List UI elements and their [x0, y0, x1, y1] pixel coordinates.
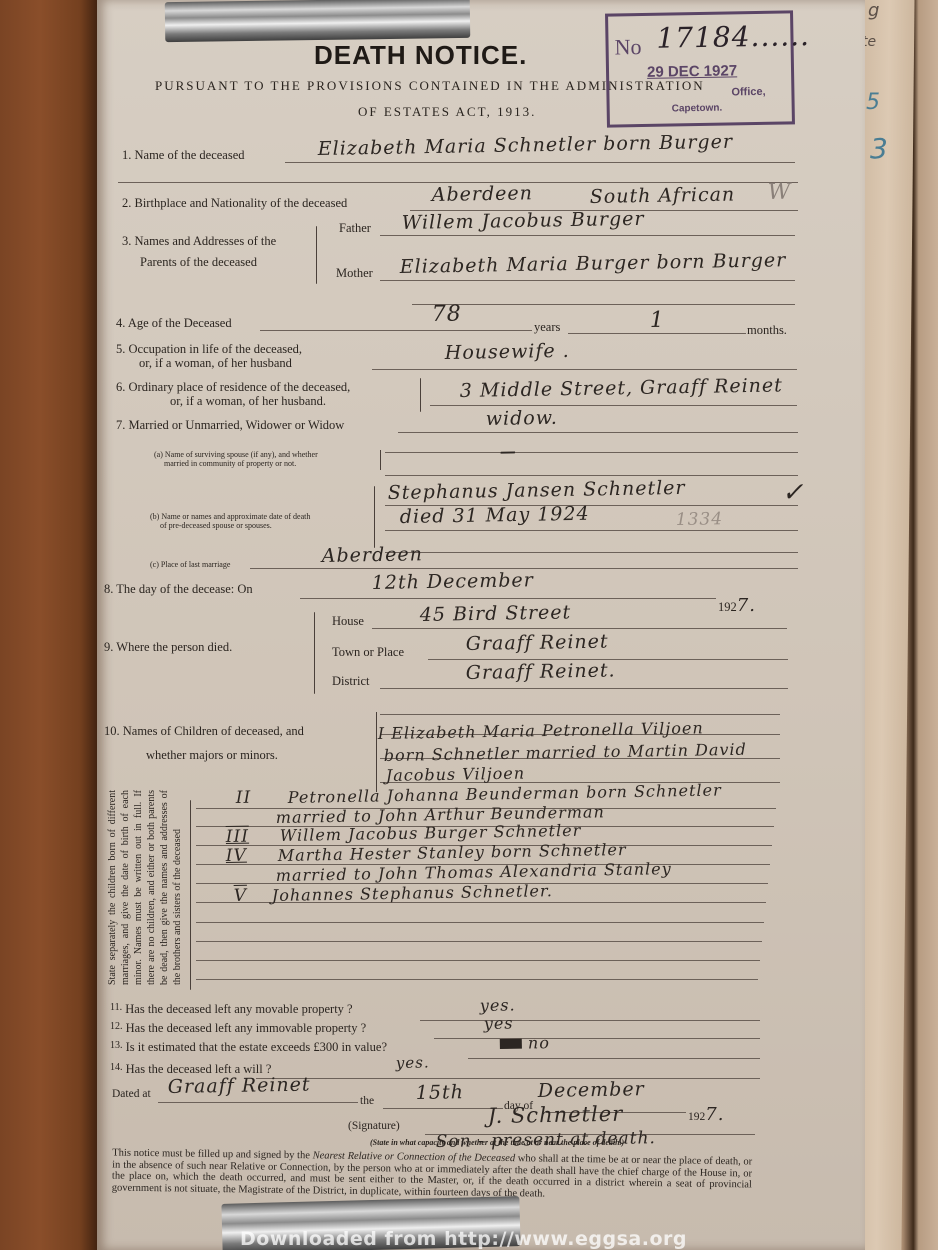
field-12-label: 12. Has the deceased left any immovable …: [110, 1021, 366, 1036]
father-value: Willem Jacobus Burger: [402, 208, 645, 234]
rule: [372, 369, 797, 370]
field-4-label: 4. Age of the Deceased: [116, 316, 232, 331]
dated-year: 1927.: [688, 1104, 724, 1125]
date-of-death-value: 12th December: [372, 569, 534, 594]
metal-clip-top: [165, 0, 471, 42]
immovable-property-value: yes: [484, 1013, 514, 1033]
rule: [196, 979, 758, 980]
rule: [380, 714, 780, 715]
years-label: years: [534, 320, 560, 335]
rule: [385, 452, 798, 453]
movable-property-value: yes.: [480, 995, 516, 1015]
stamp-number: 17184......: [656, 19, 810, 55]
district-label: District: [332, 674, 370, 689]
predeceased-spouse-death: died 31 May 1924: [400, 503, 590, 528]
marital-status-value: widow.: [486, 407, 558, 430]
footer-instructions: This notice must be filled up and signed…: [112, 1148, 753, 1203]
rule: [434, 1038, 760, 1039]
field-10-label-2: whether majors or minors.: [146, 748, 278, 763]
strip-note: g: [868, 0, 879, 21]
rule: [380, 688, 788, 689]
rule: [412, 304, 795, 305]
field-7c-label: (c) Place of last marriage: [150, 560, 230, 569]
rule: [256, 1078, 760, 1079]
field-5-label: 5. Occupation in life of the deceased,: [116, 342, 302, 357]
child-4-numeral: IV: [226, 846, 247, 866]
rule: [420, 1020, 760, 1021]
field-3-label: 3. Names and Addresses of the: [122, 234, 276, 249]
town-value: Graaff Reinet: [466, 631, 609, 655]
field-2-nationality: South African: [590, 183, 736, 208]
rule: [285, 162, 795, 163]
children-instruction: State separately the children born of di…: [106, 790, 191, 985]
rule: [196, 960, 760, 961]
stamp-date: 29 DEC 1927: [647, 62, 737, 81]
field-13-label: 13. Is it estimated that the estate exce…: [110, 1040, 387, 1055]
field-2-label: 2. Birthplace and Nationality of the dec…: [122, 196, 347, 211]
document-subtitle-2: OF ESTATES ACT, 1913.: [358, 104, 536, 120]
field-9-label: 9. Where the person died.: [104, 640, 232, 655]
dated-at-label: Dated at: [112, 1088, 151, 1100]
estate-value-answer: no: [500, 1033, 550, 1053]
stamp-office: Office,: [731, 86, 765, 99]
rule: [372, 628, 787, 629]
pencil-note: 1334: [676, 509, 724, 530]
rule: [398, 432, 798, 433]
field-2-birthplace: Aberdeen: [432, 182, 533, 206]
dated-month-value: December: [538, 1078, 645, 1102]
strip-note-blue: 5: [866, 90, 880, 115]
rule: [385, 530, 798, 531]
district-value: Graaff Reinet.: [466, 659, 616, 684]
watermark: Downloaded from http://www.eggsa.org: [240, 1228, 687, 1250]
wooden-background: [0, 0, 100, 1250]
months-label: months.: [747, 323, 787, 338]
stamp-no-label: No: [614, 34, 641, 60]
signature-value: J. Schnetler: [488, 1102, 624, 1128]
dated-place-value: Graaff Reinet: [168, 1074, 311, 1098]
field-6-label-2: or, if a woman, of her husband.: [170, 394, 326, 409]
age-years-value: 78: [432, 301, 462, 327]
field-11-label: 11. Has the deceased left any movable pr…: [110, 1002, 353, 1017]
field-5-label-2: or, if a woman, of her husband: [139, 356, 292, 371]
rule: [196, 922, 764, 923]
field-7-label: 7. Married or Unmarried, Widower or Wido…: [116, 418, 344, 433]
will-value: yes.: [396, 1053, 430, 1072]
field-3-label-2: Parents of the deceased: [140, 255, 257, 270]
father-label: Father: [339, 221, 371, 236]
rule: [158, 1102, 358, 1103]
struck-out-mark: [500, 1039, 522, 1049]
occupation-value: Housewife .: [445, 340, 570, 364]
dated-day-value: 15th: [416, 1081, 464, 1104]
brace: [316, 226, 317, 284]
child-2-numeral: II: [236, 788, 252, 808]
rule: [380, 235, 795, 236]
field-7a-label: (a) Name of surviving spouse (if any), a…: [154, 450, 318, 468]
rule: [568, 333, 746, 334]
child-3-numeral: III: [226, 827, 250, 847]
house-label: House: [332, 614, 364, 629]
brace: [374, 486, 375, 548]
brace: [314, 612, 315, 694]
place-of-marriage-value: Aberdeen: [322, 543, 423, 567]
age-months-value: 1: [650, 308, 665, 333]
rule: [385, 475, 798, 476]
field-10-label: 10. Names of Children of deceased, and: [104, 724, 304, 739]
rule: [260, 330, 532, 331]
stamp-city: Capetown.: [672, 103, 723, 115]
field-6-label: 6. Ordinary place of residence of the de…: [116, 380, 350, 395]
brace: [420, 378, 421, 412]
signature-capacity-value: Son - present at death.: [436, 1128, 656, 1152]
death-year: 1927.: [718, 595, 756, 616]
brace: [190, 800, 191, 990]
field-8-label: 8. The day of the decease: On: [104, 582, 253, 597]
the-label: the: [360, 1095, 374, 1107]
surviving-spouse-value: —: [500, 442, 517, 461]
rule: [430, 405, 797, 406]
registry-stamp: No 17184...... 29 DEC 1927 Office, Capet…: [605, 10, 795, 127]
rule: [300, 598, 716, 599]
rule: [196, 941, 762, 942]
rule: [383, 1108, 503, 1109]
brace: [380, 450, 381, 470]
document-title: DEATH NOTICE.: [314, 40, 527, 71]
field-2-mark: W: [768, 180, 792, 205]
rule: [385, 552, 798, 553]
town-label: Town or Place: [332, 645, 404, 660]
rule: [380, 280, 795, 281]
mother-label: Mother: [336, 266, 373, 281]
child-1-line-3: Jacobus Viljoen: [386, 764, 526, 785]
check-mark-icon: ✓: [781, 478, 804, 508]
strip-note-blue: 3: [870, 132, 888, 165]
rule: [468, 1058, 760, 1059]
child-5-numeral: V: [234, 886, 248, 906]
signature-label: (Signature): [348, 1120, 400, 1132]
field-1-label: 1. Name of the deceased: [122, 148, 245, 163]
field-7b-label: (b) Name or names and approximate date o…: [150, 512, 310, 530]
house-value: 45 Bird Street: [420, 601, 572, 626]
